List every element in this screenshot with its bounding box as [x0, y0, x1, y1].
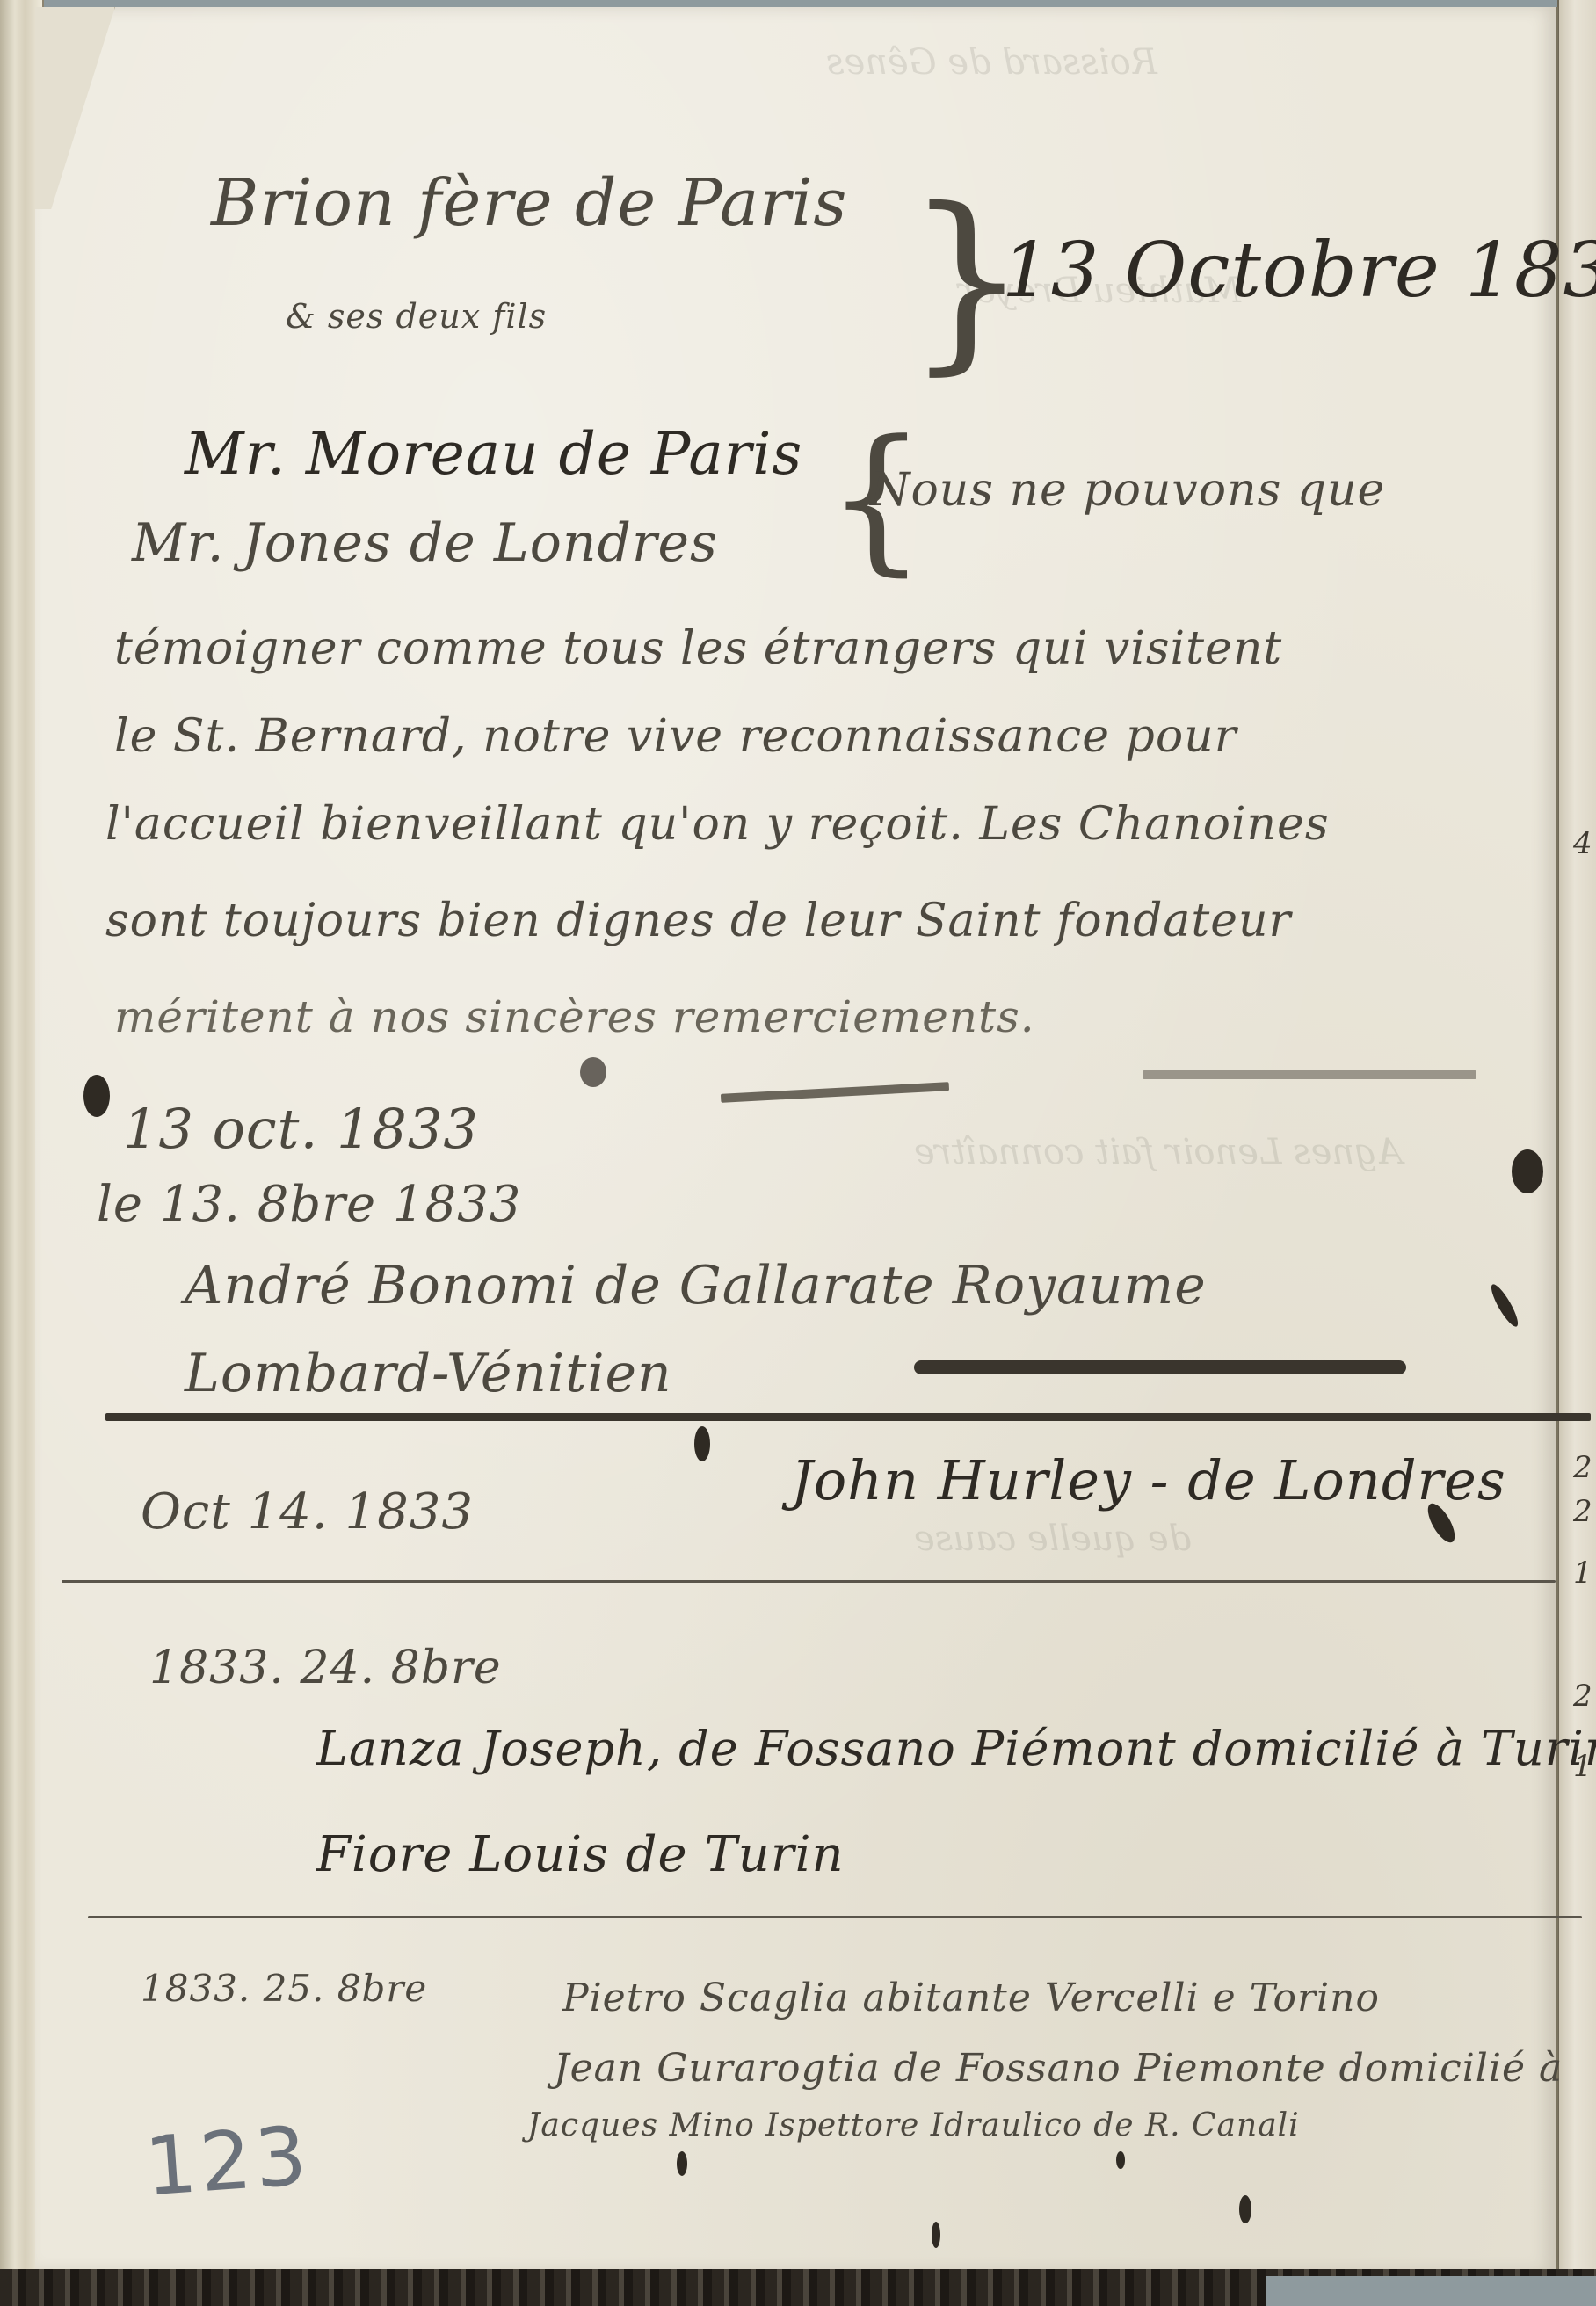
entry-5-visitor-1: Lanza Joseph, de Fossano Piémont domicil… [316, 1721, 1596, 1776]
entry-6-visitor-3: Jacques Mino Ispettore Idraulico de R. C… [527, 2107, 1300, 2143]
next-page-edge [1557, 0, 1596, 2285]
bleed-through-text: de quelle cause [914, 1519, 1191, 1559]
background [1266, 2276, 1596, 2306]
entry-1-visitor-2: Mr. Jones de Londres [132, 512, 718, 574]
section-divider [62, 1580, 1556, 1583]
ink-stroke [721, 1082, 949, 1103]
entry-1-visitor-1: Mr. Moreau de Paris [185, 420, 802, 488]
bleed-through-text: Agnes Lenoir fait connaître [914, 1132, 1403, 1172]
entry-3-visitor-1: André Bonomi de Gallarate Royaume [185, 1255, 1207, 1316]
entry-6-visitor-1: Pietro Scaglia abitante Vercelli e Torin… [562, 1976, 1380, 2020]
ink-blot [694, 1426, 710, 1461]
entry-1-remark-6: méritent à nos sincères remerciements. [114, 991, 1035, 1042]
ink-blot [580, 1057, 606, 1087]
section-divider [105, 1413, 1591, 1421]
entry-3-visitor-2: Lombard-Vénitien [185, 1343, 672, 1404]
ink-blot [83, 1075, 110, 1117]
ink-blot [1512, 1149, 1543, 1193]
margin-mark: 1 [1573, 1749, 1592, 1784]
entry-4-visitor-1: John Hurley - de Londres [791, 1448, 1506, 1512]
margin-mark: 1 [1573, 1555, 1592, 1591]
entry-4-date: Oct 14. 1833 [141, 1483, 474, 1541]
entry-6-visitor-2: Jean Gurarogtia de Fossano Piemonte domi… [554, 2046, 1563, 2091]
entry-3-date: le 13. 8bre 1833 [97, 1176, 521, 1233]
entry-5-visitor-2: Fiore Louis de Turin [316, 1826, 845, 1883]
ink-blot [1116, 2151, 1125, 2169]
entry-1-header-line2: & ses deux fils [286, 297, 547, 336]
ink-blot [932, 2222, 940, 2248]
ink-blot [1239, 2195, 1251, 2223]
entry-1-remark-2: témoigner comme tous les étrangers qui v… [114, 622, 1282, 675]
entry-5-date: 1833. 24. 8bre [149, 1642, 502, 1694]
ink-blot [677, 2151, 687, 2176]
entry-1-header-line1: Brion fère de Paris [211, 165, 847, 241]
entry-1-remark-1: Nous ne pouvons que [870, 464, 1385, 517]
entry-1-date: 13 Octobre 1833 [1002, 227, 1596, 315]
entry-1-remark-5: sont toujours bien dignes de leur Saint … [105, 895, 1291, 947]
folio-number: 123 [141, 2109, 313, 2215]
ink-stroke [914, 1360, 1406, 1374]
margin-mark: 2 [1573, 1494, 1592, 1529]
entry-6-date: 1833. 25. 8bre [141, 1967, 427, 2010]
entry-1-remark-4: l'accueil bienveillant qu'on y reçoit. L… [105, 798, 1330, 851]
ink-blot [1487, 1281, 1522, 1330]
margin-mark: 4 [1573, 826, 1592, 861]
section-divider [88, 1916, 1582, 1918]
entry-1-remark-3: le St. Bernard, notre vive reconnaissanc… [114, 710, 1237, 763]
margin-mark: 2 [1573, 1679, 1592, 1714]
entry-2-date: 13 oct. 1833 [123, 1097, 479, 1161]
manuscript-page: Roissard de Gênes Mathieu Dreyer Agnes L… [35, 7, 1558, 2274]
folded-corner [35, 7, 115, 209]
ink-stroke [1143, 1070, 1476, 1079]
bleed-through-text: Roissard de Gênes [826, 42, 1157, 83]
margin-mark: 2 [1573, 1450, 1592, 1485]
